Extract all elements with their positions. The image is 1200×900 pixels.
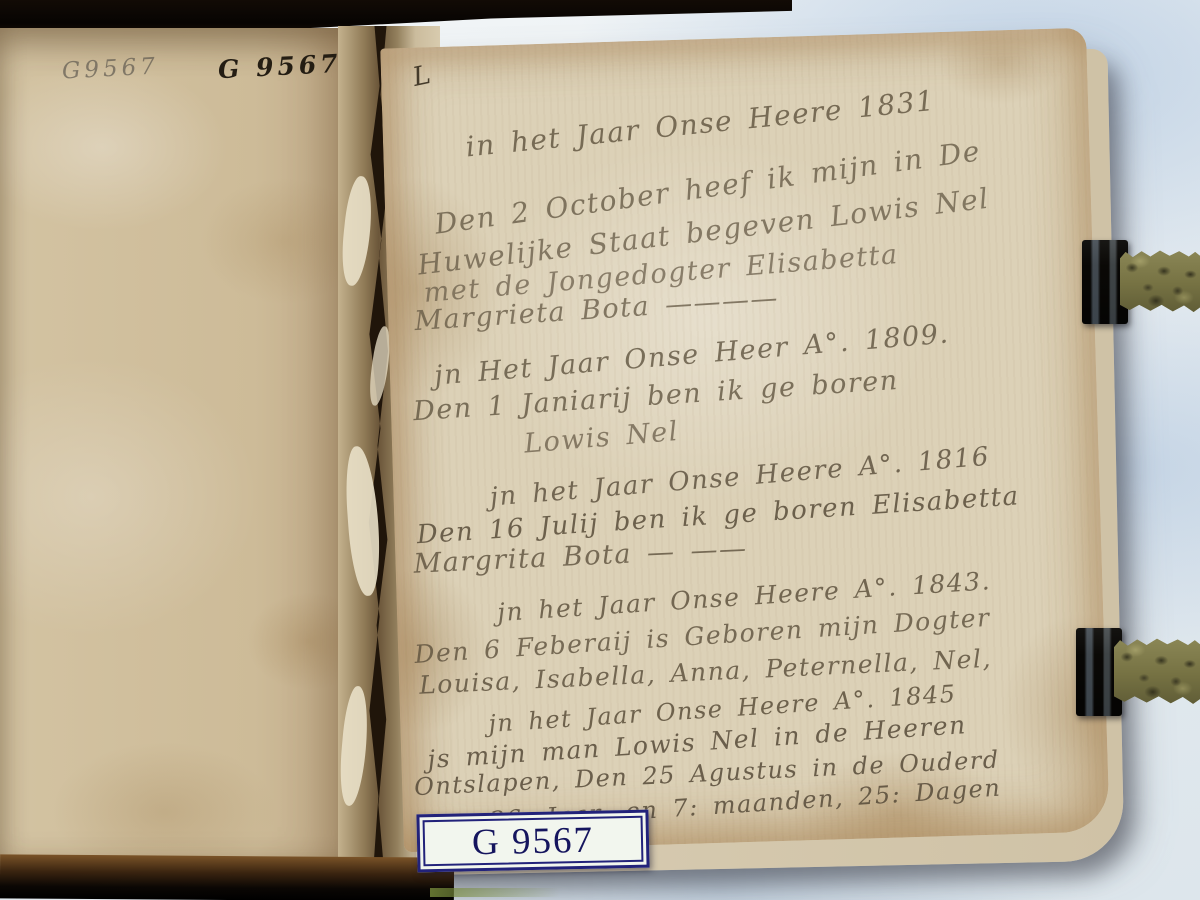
left-blank-page: G9567 G 9567 (0, 28, 364, 880)
book-bottom-cover-edge (0, 854, 454, 900)
torn-paper-shred (337, 685, 371, 807)
handwritten-line: Lowis Nel (523, 416, 680, 460)
clasp-strap (1114, 636, 1200, 706)
torn-paper-shred (338, 175, 375, 287)
catalog-mark-pencil: G9567 (61, 53, 159, 84)
lower-brass-clasp (1076, 628, 1200, 716)
cloth-highlight (430, 888, 560, 897)
manuscript-page: L in het Jaar Onse Heere 1831 Den 2 Octo… (380, 28, 1110, 853)
archive-label: G 9567 (416, 810, 649, 873)
upper-brass-clasp (1082, 240, 1200, 324)
clasp-strap (1120, 248, 1200, 314)
catalog-mark-ink: G 9567 (217, 49, 342, 84)
page-number-mark: L (410, 60, 433, 93)
archive-label-text: G 9567 (472, 818, 595, 864)
